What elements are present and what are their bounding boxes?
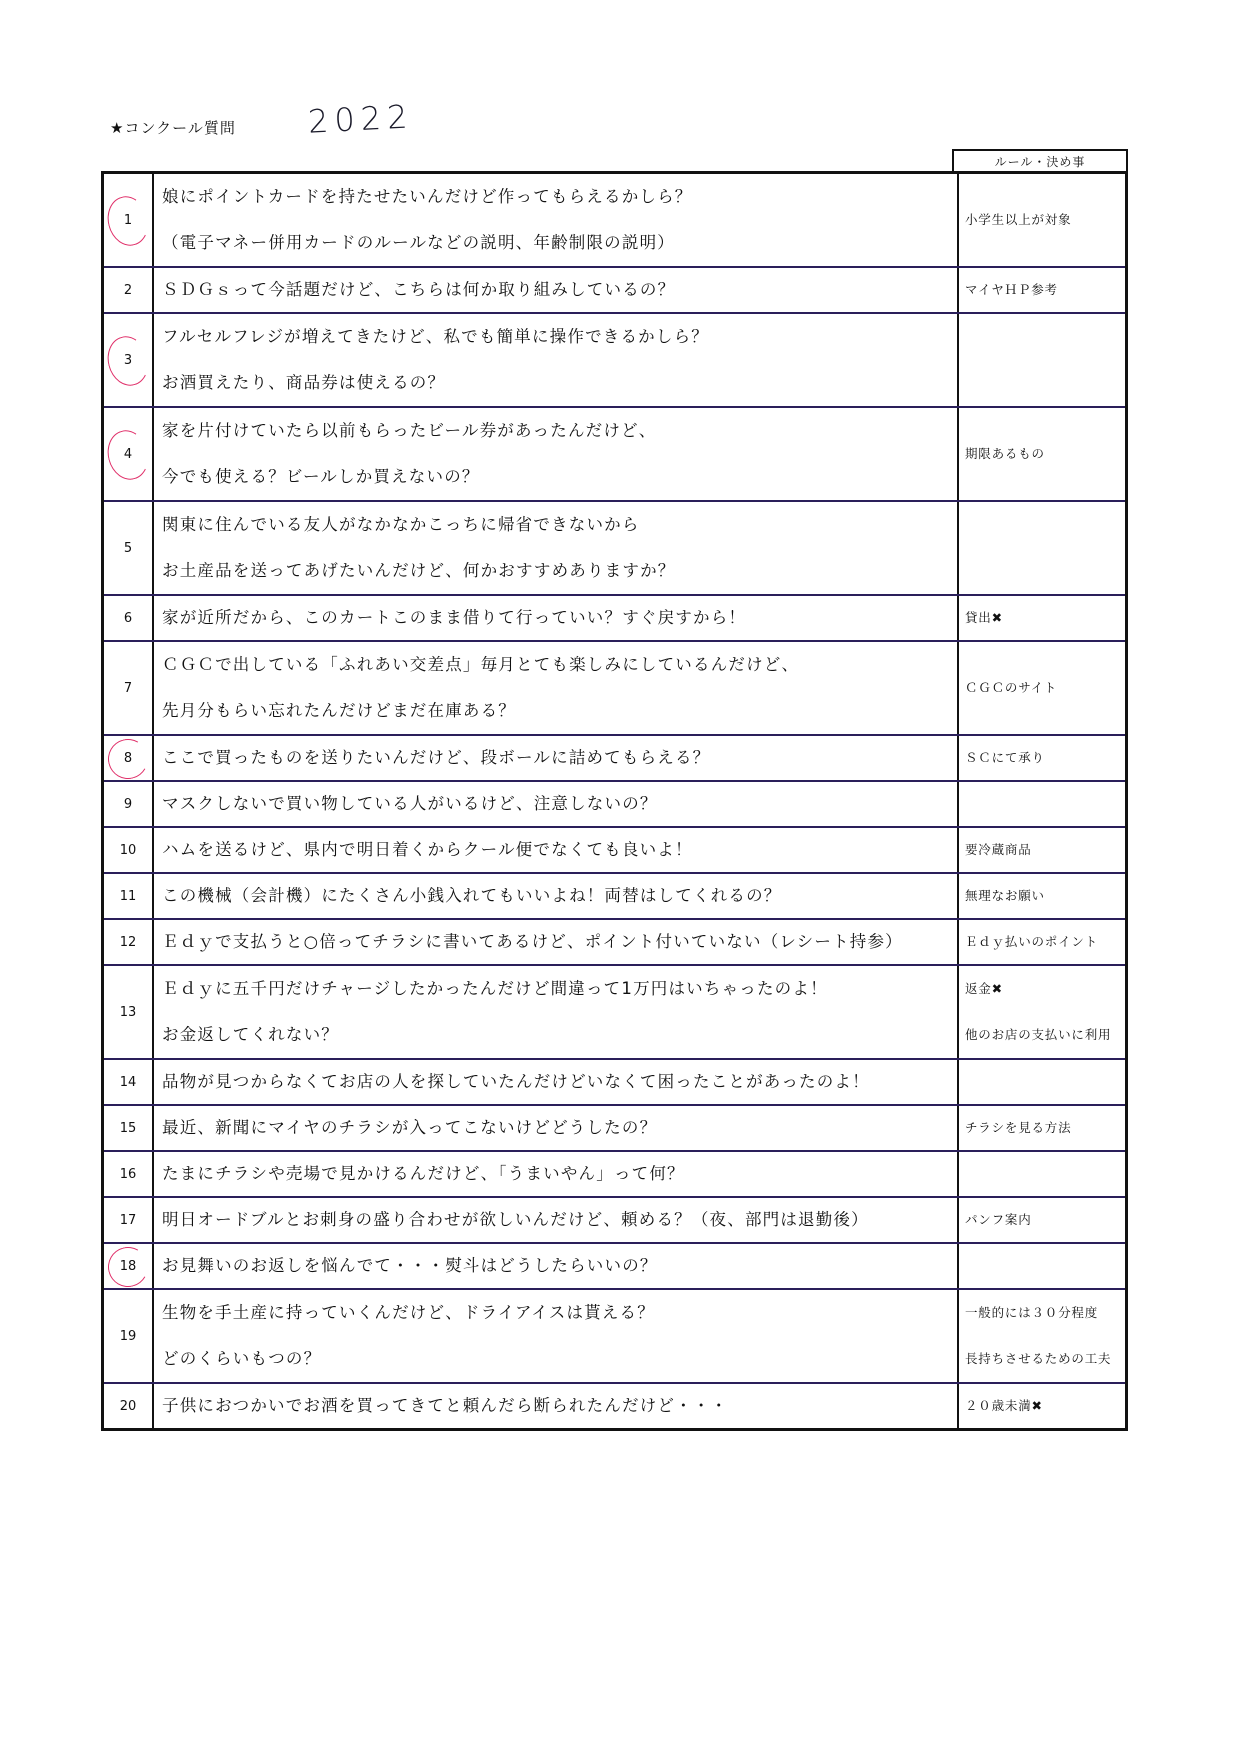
rule-cell (958, 1059, 1127, 1105)
question-text-cell: 家を片付けていたら以前もらったビール券があったんだけど、今でも使える？ビールしか… (153, 407, 958, 501)
question-number: 14 (120, 1075, 137, 1090)
rule-cell: Ｅｄｙ払いのポイント (958, 919, 1127, 965)
question-row: 7ＣＧＣで出している「ふれあい交差点」毎月とても楽しみにしているんだけど、先月分… (103, 641, 1127, 735)
rule-text: 小学生以上が対象 (965, 197, 1125, 243)
question-text-cell: Ｅｄｙに五千円だけチャージしたかったんだけど間違って1万円はいちゃったのよ！お金… (153, 965, 958, 1059)
question-text-line: どのくらいもつの？ (162, 1336, 957, 1382)
rule-cell: 小学生以上が対象 (958, 173, 1127, 268)
question-text-line: 今でも使える？ビールしか買えないの？ (162, 454, 957, 500)
question-text-cell: この機械（会計機）にたくさん小銭入れてもいいよね！両替はしてくれるの？ (153, 873, 958, 919)
question-number: 8 (124, 751, 132, 766)
question-number: 12 (120, 935, 137, 950)
question-text-line: フルセルフレジが増えてきたけど、私でも簡単に操作できるかしら？ (162, 314, 957, 360)
question-number: 9 (124, 797, 132, 812)
rule-cell: 期限あるもの (958, 407, 1127, 501)
question-row: 5関東に住んでいる友人がなかなかこっちに帰省できないからお土産品を送ってあげたい… (103, 501, 1127, 595)
question-row: 10ハムを送るけど、県内で明日着くからクール便でなくても良いよ！要冷蔵商品 (103, 827, 1127, 873)
question-number: 18 (120, 1259, 137, 1274)
question-number: 16 (120, 1167, 137, 1182)
rule-text: パンフ案内 (965, 1198, 1125, 1242)
question-text-line: ＣＧＣで出している「ふれあい交差点」毎月とても楽しみにしているんだけど、 (162, 642, 957, 688)
question-number-cell: 14 (103, 1059, 154, 1105)
rule-cell: マイヤＨＰ参考 (958, 267, 1127, 313)
rule-cell: ＳＣにて承り (958, 735, 1127, 781)
question-number: 17 (120, 1213, 137, 1228)
rule-cell: 無理なお願い (958, 873, 1127, 919)
question-number-cell: 17 (103, 1197, 154, 1243)
question-text-cell: 品物が見つからなくてお店の人を探していたんだけどいなくて困ったことがあったのよ！ (153, 1059, 958, 1105)
question-text-line: Ｅｄｙに五千円だけチャージしたかったんだけど間違って1万円はいちゃったのよ！ (162, 966, 957, 1012)
rule-text: チラシを見る方法 (965, 1106, 1125, 1150)
question-row: 12Ｅｄｙで支払うと○倍ってチラシに書いてあるけど、ポイント付いていない（レシー… (103, 919, 1127, 965)
question-number-cell: 11 (103, 873, 154, 919)
question-text-line: ＳＤＧｓって今話題だけど、こちらは何か取り組みしているの？ (162, 268, 957, 312)
question-number-cell: 5 (103, 501, 154, 595)
question-row: 17明日オードブルとお刺身の盛り合わせが欲しいんだけど、頼める？（夜、部門は退勤… (103, 1197, 1127, 1243)
question-number-cell: 10 (103, 827, 154, 873)
rule-cell: 一般的には３０分程度長持ちさせるための工夫 (958, 1289, 1127, 1383)
handwritten-year: 2022 (307, 97, 414, 140)
question-number-cell: 7 (103, 641, 154, 735)
rule-text: Ｅｄｙ払いのポイント (965, 920, 1125, 964)
rule-cell (958, 781, 1127, 827)
question-row: 8ここで買ったものを送りたいんだけど、段ボールに詰めてもらえる？ＳＣにて承り (103, 735, 1127, 781)
rule-cell: パンフ案内 (958, 1197, 1127, 1243)
question-text-line: Ｅｄｙで支払うと○倍ってチラシに書いてあるけど、ポイント付いていない（レシート持… (162, 920, 957, 964)
rule-text: 無理なお願い (965, 874, 1125, 918)
question-number: 10 (120, 843, 137, 858)
question-text-line: 明日オードブルとお刺身の盛り合わせが欲しいんだけど、頼める？（夜、部門は退勤後） (162, 1198, 957, 1242)
question-row: 20子供におつかいでお酒を買ってきてと頼んだら断られたんだけど・・・２０歳未満✖ (103, 1383, 1127, 1430)
question-text-cell: 関東に住んでいる友人がなかなかこっちに帰省できないからお土産品を送ってあげたいん… (153, 501, 958, 595)
question-text-cell: 最近、新聞にマイヤのチラシが入ってこないけどどうしたの？ (153, 1105, 958, 1151)
question-number-cell: 1 (103, 173, 154, 268)
rule-cell: ＣＧＣのサイト (958, 641, 1127, 735)
question-text-line: お酒買えたり、商品券は使えるの？ (162, 360, 957, 406)
rule-text: ＣＧＣのサイト (965, 665, 1125, 711)
question-number-cell: 19 (103, 1289, 154, 1383)
question-number: 13 (120, 1005, 137, 1020)
rule-cell: ２０歳未満✖ (958, 1383, 1127, 1430)
question-text-line: ハムを送るけど、県内で明日着くからクール便でなくても良いよ！ (162, 828, 957, 872)
question-row: 9マスクしないで買い物している人がいるけど、注意しないの？ (103, 781, 1127, 827)
question-number-cell: 20 (103, 1383, 154, 1430)
question-text-line: お土産品を送ってあげたいんだけど、何かおすすめありますか？ (162, 548, 957, 594)
question-row: 6家が近所だから、このカートこのまま借りて行っていい？すぐ戻すから！貸出✖ (103, 595, 1127, 641)
question-row: 13Ｅｄｙに五千円だけチャージしたかったんだけど間違って1万円はいちゃったのよ！… (103, 965, 1127, 1059)
rule-cell: 要冷蔵商品 (958, 827, 1127, 873)
rule-text: マイヤＨＰ参考 (965, 268, 1125, 312)
question-row: 4家を片付けていたら以前もらったビール券があったんだけど、今でも使える？ビールし… (103, 407, 1127, 501)
question-text-cell: 明日オードブルとお刺身の盛り合わせが欲しいんだけど、頼める？（夜、部門は退勤後） (153, 1197, 958, 1243)
question-text-cell: 家が近所だから、このカートこのまま借りて行っていい？すぐ戻すから！ (153, 595, 958, 641)
question-text-line: （電子マネー併用カードのルールなどの説明、年齢制限の説明） (162, 220, 957, 266)
question-number: 15 (120, 1121, 137, 1136)
question-number-cell: 16 (103, 1151, 154, 1197)
rule-cell (958, 313, 1127, 407)
question-text-cell: 娘にポイントカードを持たせたいんだけど作ってもらえるかしら？（電子マネー併用カー… (153, 173, 958, 268)
question-number-cell: 18 (103, 1243, 154, 1289)
rule-text: ２０歳未満✖ (965, 1384, 1125, 1428)
question-text-cell: ＣＧＣで出している「ふれあい交差点」毎月とても楽しみにしているんだけど、先月分も… (153, 641, 958, 735)
question-number-cell: 15 (103, 1105, 154, 1151)
question-text-cell: 子供におつかいでお酒を買ってきてと頼んだら断られたんだけど・・・ (153, 1383, 958, 1430)
question-text-line: 関東に住んでいる友人がなかなかこっちに帰省できないから (162, 502, 957, 548)
document-title: ★コンクール質問 (110, 117, 236, 138)
rule-cell: 返金✖他のお店の支払いに利用 (958, 965, 1127, 1059)
question-text-cell: フルセルフレジが増えてきたけど、私でも簡単に操作できるかしら？お酒買えたり、商品… (153, 313, 958, 407)
question-number: 7 (124, 681, 132, 696)
rule-cell (958, 1243, 1127, 1289)
question-text-line: ここで買ったものを送りたいんだけど、段ボールに詰めてもらえる？ (162, 736, 957, 780)
question-text-line: 品物が見つからなくてお店の人を探していたんだけどいなくて困ったことがあったのよ！ (162, 1060, 957, 1104)
question-number: 11 (120, 889, 137, 904)
rule-text: 他のお店の支払いに利用 (965, 1012, 1125, 1058)
question-row: 16たまにチラシや売場で見かけるんだけど、「うまいやん」って何？ (103, 1151, 1127, 1197)
question-text-line: 家が近所だから、このカートこのまま借りて行っていい？すぐ戻すから！ (162, 596, 957, 640)
rule-text: 期限あるもの (965, 431, 1125, 477)
rule-text: 貸出✖ (965, 596, 1125, 640)
question-number: 3 (124, 353, 132, 368)
question-number-cell: 2 (103, 267, 154, 313)
question-number: 5 (124, 541, 132, 556)
rule-text: 返金✖ (965, 966, 1125, 1012)
questions-table: 1娘にポイントカードを持たせたいんだけど作ってもらえるかしら？（電子マネー併用カ… (101, 171, 1128, 1431)
question-number-cell: 9 (103, 781, 154, 827)
rule-cell: チラシを見る方法 (958, 1105, 1127, 1151)
question-row: 3フルセルフレジが増えてきたけど、私でも簡単に操作できるかしら？お酒買えたり、商… (103, 313, 1127, 407)
question-row: 11この機械（会計機）にたくさん小銭入れてもいいよね！両替はしてくれるの？無理な… (103, 873, 1127, 919)
question-text-line: 最近、新聞にマイヤのチラシが入ってこないけどどうしたの？ (162, 1106, 957, 1150)
rule-cell: 貸出✖ (958, 595, 1127, 641)
question-text-cell: 生物を手土産に持っていくんだけど、ドライアイスは貰える？どのくらいもつの？ (153, 1289, 958, 1383)
question-number-cell: 8 (103, 735, 154, 781)
question-text-line: 家を片付けていたら以前もらったビール券があったんだけど、 (162, 408, 957, 454)
question-row: 14品物が見つからなくてお店の人を探していたんだけどいなくて困ったことがあったの… (103, 1059, 1127, 1105)
question-row: 18お見舞いのお返しを悩んでて・・・熨斗はどうしたらいいの？ (103, 1243, 1127, 1289)
rule-text: ＳＣにて承り (965, 736, 1125, 780)
question-text-cell: お見舞いのお返しを悩んでて・・・熨斗はどうしたらいいの？ (153, 1243, 958, 1289)
question-number: 6 (124, 611, 132, 626)
question-row: 15最近、新聞にマイヤのチラシが入ってこないけどどうしたの？チラシを見る方法 (103, 1105, 1127, 1151)
question-text-line: 生物を手土産に持っていくんだけど、ドライアイスは貰える？ (162, 1290, 957, 1336)
question-number: 19 (120, 1329, 137, 1344)
question-text-cell: たまにチラシや売場で見かけるんだけど、「うまいやん」って何？ (153, 1151, 958, 1197)
rules-column-header: ルール・決め事 (952, 149, 1128, 173)
question-number: 20 (120, 1399, 137, 1414)
question-number-cell: 13 (103, 965, 154, 1059)
question-text-cell: Ｅｄｙで支払うと○倍ってチラシに書いてあるけど、ポイント付いていない（レシート持… (153, 919, 958, 965)
question-number: 2 (124, 283, 132, 298)
rule-text: 要冷蔵商品 (965, 828, 1125, 872)
question-number-cell: 3 (103, 313, 154, 407)
question-text-line: 先月分もらい忘れたんだけどまだ在庫ある？ (162, 688, 957, 734)
question-number-cell: 6 (103, 595, 154, 641)
questions-table-body: 1娘にポイントカードを持たせたいんだけど作ってもらえるかしら？（電子マネー併用カ… (103, 173, 1127, 1430)
question-number-cell: 12 (103, 919, 154, 965)
question-number-cell: 4 (103, 407, 154, 501)
rule-cell (958, 1151, 1127, 1197)
question-text-line: 子供におつかいでお酒を買ってきてと頼んだら断られたんだけど・・・ (162, 1384, 957, 1428)
question-text-cell: マスクしないで買い物している人がいるけど、注意しないの？ (153, 781, 958, 827)
question-text-cell: ハムを送るけど、県内で明日着くからクール便でなくても良いよ！ (153, 827, 958, 873)
question-row: 19生物を手土産に持っていくんだけど、ドライアイスは貰える？どのくらいもつの？一… (103, 1289, 1127, 1383)
question-text-line: お金返してくれない？ (162, 1012, 957, 1058)
rule-text: 一般的には３０分程度 (965, 1290, 1125, 1336)
question-text-line: お見舞いのお返しを悩んでて・・・熨斗はどうしたらいいの？ (162, 1244, 957, 1288)
question-text-cell: ＳＤＧｓって今話題だけど、こちらは何か取り組みしているの？ (153, 267, 958, 313)
question-text-line: マスクしないで買い物している人がいるけど、注意しないの？ (162, 782, 957, 826)
question-number: 4 (124, 447, 132, 462)
question-number: 1 (124, 213, 132, 228)
question-row: 2ＳＤＧｓって今話題だけど、こちらは何か取り組みしているの？マイヤＨＰ参考 (103, 267, 1127, 313)
question-row: 1娘にポイントカードを持たせたいんだけど作ってもらえるかしら？（電子マネー併用カ… (103, 173, 1127, 268)
rule-text: 長持ちさせるための工夫 (965, 1336, 1125, 1382)
question-text-cell: ここで買ったものを送りたいんだけど、段ボールに詰めてもらえる？ (153, 735, 958, 781)
question-text-line: この機械（会計機）にたくさん小銭入れてもいいよね！両替はしてくれるの？ (162, 874, 957, 918)
question-text-line: 娘にポイントカードを持たせたいんだけど作ってもらえるかしら？ (162, 174, 957, 220)
question-text-line: たまにチラシや売場で見かけるんだけど、「うまいやん」って何？ (162, 1152, 957, 1196)
rule-cell (958, 501, 1127, 595)
